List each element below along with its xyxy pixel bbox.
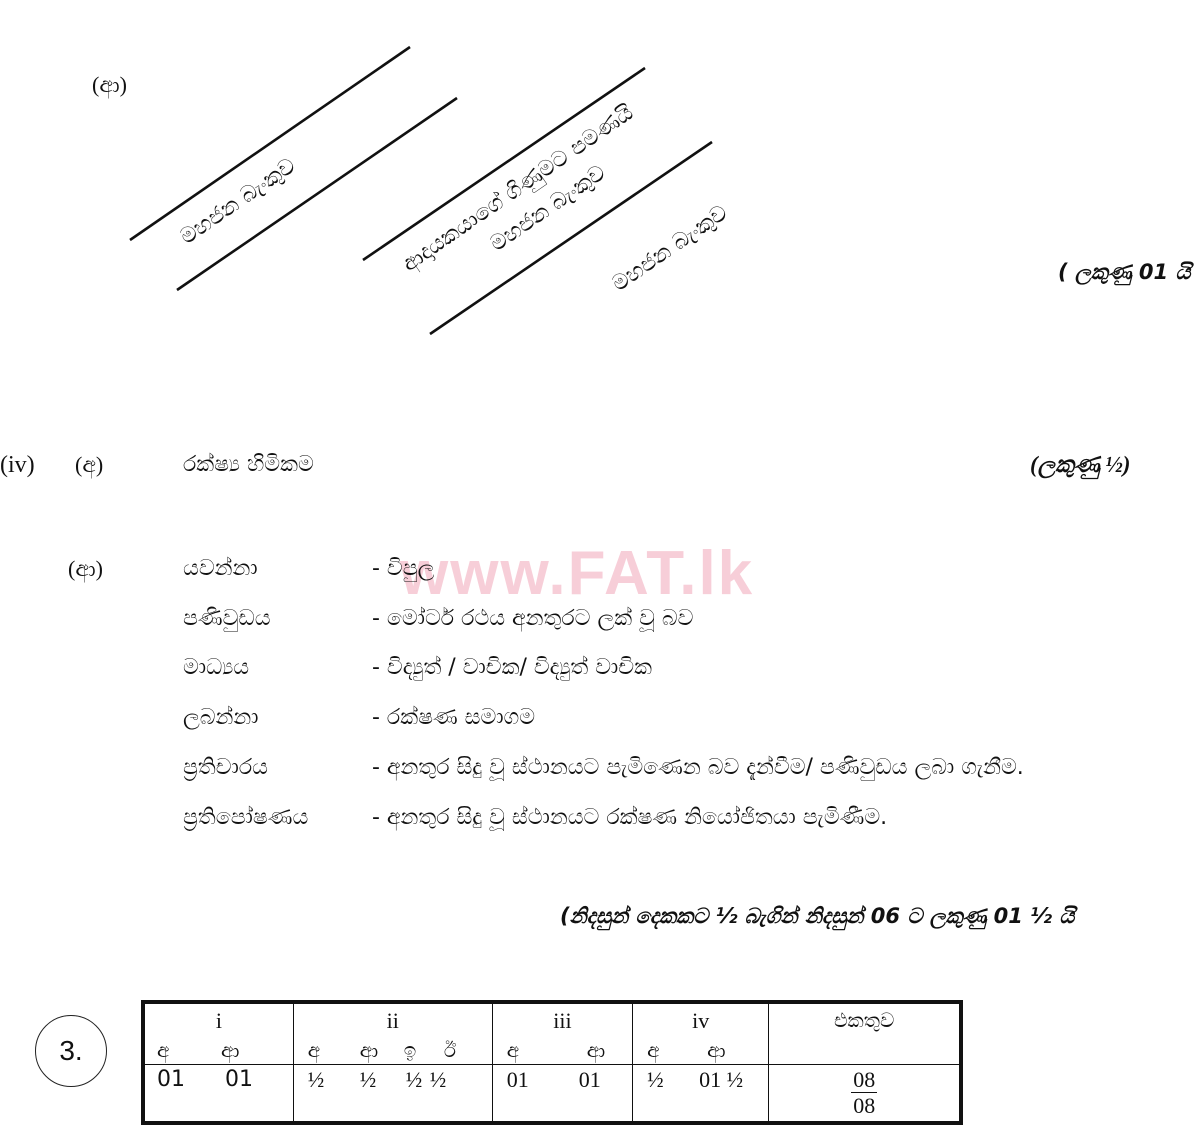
mark-value: ½ xyxy=(430,1067,447,1093)
total-denominator: 08 xyxy=(769,1093,959,1119)
question-number: 3. xyxy=(59,1035,82,1067)
row-term-response: ප්‍රතිචාරය xyxy=(183,755,268,780)
header-col-iii: iii අ ආ xyxy=(492,1002,632,1065)
row-value-response: - අනතුර සිදු වූ ස්ථානයට පැමිණෙන බව දැන්ව… xyxy=(372,755,1024,780)
table-header-row: i අ ආ ii අ ආ ඉ ඊ iii අ ආ iv අ ආ එකතුව xyxy=(143,1002,961,1065)
marks-summary-table: i අ ආ ii අ ආ ඉ ඊ iii අ ආ iv අ ආ එකතුව 01… xyxy=(141,1000,963,1125)
header-col-ii: ii අ ආ ඉ ඊ xyxy=(293,1002,492,1065)
header-col-iv: iv අ ආ xyxy=(633,1002,769,1065)
mark-value: 01 ½ xyxy=(699,1067,743,1093)
crossing-line-1 xyxy=(130,47,410,240)
header-col-total: එකතුව xyxy=(769,1002,961,1065)
values-col-ii: ½ ½ ½ ½ xyxy=(293,1065,492,1124)
part-label-aa-2: (ආ) xyxy=(68,556,103,582)
header-col-i: i අ ආ xyxy=(143,1002,293,1065)
mark-value: 01 xyxy=(579,1067,601,1093)
col-title: i xyxy=(145,1008,293,1034)
watermark: www.FAT.lk xyxy=(400,538,754,609)
section-number-iv: (iv) xyxy=(0,452,35,479)
row-value-medium: - විද්‍යුත් / වාචික/ විද්‍යුත් වාචික xyxy=(372,655,652,680)
row-term-medium: මාධ්‍යය xyxy=(183,655,249,680)
marks-note-aa-2: (නිදසුන් දෙකකට ½ බැගින් නිදසුන් 06 ට ලකු… xyxy=(560,904,1074,929)
mark-value: ½ xyxy=(647,1067,664,1093)
sub-label: අ xyxy=(507,1038,519,1062)
col-title: එකතුව xyxy=(769,1008,959,1032)
row-term-sender: යවන්නා xyxy=(183,556,258,581)
part-label-a: (අ) xyxy=(75,452,103,478)
values-col-total: 08 08 xyxy=(769,1065,961,1124)
mark-value: ½ xyxy=(360,1067,377,1093)
sub-label: අ xyxy=(157,1038,169,1062)
row-value-message: - මෝටර් රථය අනතුරට ලක් වූ බව xyxy=(372,606,693,631)
mark-value: 01 xyxy=(225,1067,253,1092)
values-col-iii: 01 01 xyxy=(492,1065,632,1124)
row-value-sender: - විපුල xyxy=(372,556,434,581)
sub-label: අ xyxy=(308,1038,320,1062)
sub-label: අ xyxy=(647,1038,659,1062)
total-fraction: 08 08 xyxy=(769,1067,959,1119)
sub-label: ආ xyxy=(360,1038,378,1062)
values-col-i: 01 01 xyxy=(143,1065,293,1124)
sub-label: ආ xyxy=(707,1038,725,1062)
cheque-crossing-diagram xyxy=(0,0,1195,400)
row-value-receiver: - රක්ෂණ සමාගම xyxy=(372,705,535,730)
row-term-receiver: ලබන්නා xyxy=(183,705,258,730)
col-title: ii xyxy=(294,1008,492,1034)
col-title: iv xyxy=(633,1008,768,1034)
mark-value: ½ xyxy=(406,1067,423,1093)
mark-value: ½ xyxy=(308,1067,325,1093)
row-value-feedback: - අනතුර සිදු වූ ස්ථානයට රක්ෂණ නියෝජිතයා … xyxy=(372,805,887,830)
sub-label: ඉ xyxy=(404,1038,417,1062)
sub-label: ආ xyxy=(221,1038,239,1062)
mark-value: 01 xyxy=(157,1067,185,1092)
mark-value: 01 xyxy=(507,1067,529,1093)
marks-note-aa: ( ලකුණු 01 යි xyxy=(1058,260,1191,285)
question-number-badge: 3. xyxy=(35,1015,107,1087)
answer-insurable-interest: රක්ෂ්‍ය හිමිකම xyxy=(183,452,314,477)
row-term-message: පණිවුඩය xyxy=(183,606,271,631)
col-title: iii xyxy=(493,1008,632,1034)
total-numerator: 08 xyxy=(851,1068,877,1093)
values-col-iv: ½ 01 ½ xyxy=(633,1065,769,1124)
row-term-feedback: ප්‍රතිපෝෂණය xyxy=(183,805,308,830)
marks-note-a: (ලකුණු ½) xyxy=(1030,452,1130,478)
sub-label: ආ xyxy=(587,1038,605,1062)
sub-label: ඊ xyxy=(444,1038,456,1062)
table-values-row: 01 01 ½ ½ ½ ½ 01 01 ½ 01 ½ 08 08 xyxy=(143,1065,961,1124)
